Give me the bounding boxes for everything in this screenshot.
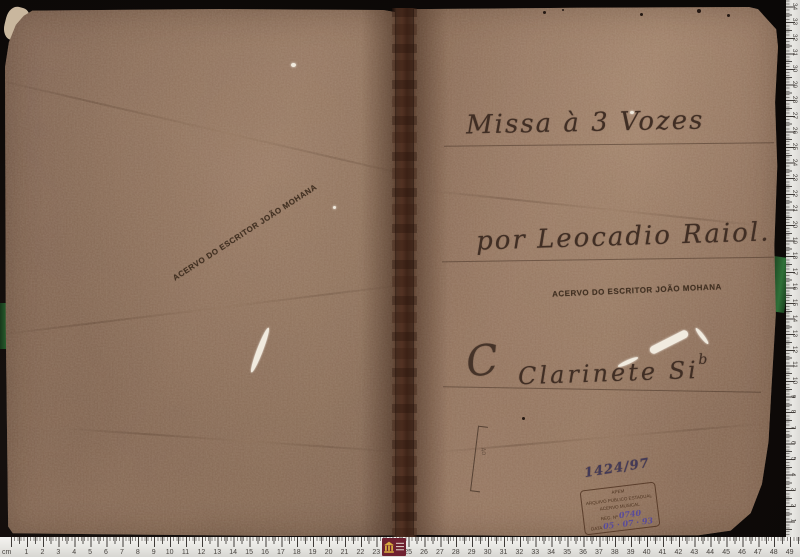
h-ruler-number: 17 <box>277 549 285 556</box>
vertical-scale-ruler: 1234567891011121314151617181920212223242… <box>786 0 800 537</box>
dark-speck <box>543 11 546 14</box>
h-ruler-number: 23 <box>372 549 380 556</box>
h-ruler-number: 19 <box>309 549 317 556</box>
h-ruler-number: 44 <box>706 549 714 556</box>
collection-stamp-left: ACERVO DO ESCRITOR JOÃO MOHANA <box>171 182 318 282</box>
v-ruler-number: 7 <box>789 425 796 429</box>
v-ruler-number: 5 <box>789 457 796 461</box>
v-ruler-number: 22 <box>791 190 798 197</box>
h-ruler-number: 41 <box>659 549 667 556</box>
ruler-unit-label: cm <box>2 549 11 556</box>
h-ruler-number: 3 <box>56 549 60 556</box>
h-ruler-number: 9 <box>152 549 156 556</box>
v-ruler-number: 3 <box>789 488 796 492</box>
v-ruler-number: 2 <box>789 503 796 507</box>
title-handwriting: Missa à 3 Vozes <box>466 106 705 141</box>
h-ruler-number: 21 <box>341 549 349 556</box>
h-ruler-number: 5 <box>88 549 92 556</box>
spine-shadow-left <box>361 9 395 537</box>
h-ruler-number: 43 <box>690 549 698 556</box>
h-ruler-number: 15 <box>245 549 253 556</box>
dark-speck <box>640 13 643 16</box>
v-ruler-number: 10 <box>791 377 798 384</box>
v-ruler-number: 29 <box>791 80 798 87</box>
h-ruler-number: 27 <box>436 549 444 556</box>
h-ruler-number: 8 <box>136 549 140 556</box>
v-ruler-number: 4 <box>789 472 796 476</box>
v-ruler-number: 27 <box>791 112 798 119</box>
h-ruler-number: 4 <box>72 549 76 556</box>
v-ruler-number: 32 <box>791 34 798 41</box>
v-ruler-number: 25 <box>791 143 798 150</box>
v-ruler-number: 16 <box>791 283 798 290</box>
v-ruler-number: 34 <box>791 2 798 9</box>
h-ruler-number: 46 <box>738 549 746 556</box>
v-ruler-number: 6 <box>789 441 796 445</box>
h-ruler-number: 31 <box>500 549 508 556</box>
cover-page-right <box>414 7 778 537</box>
instrument-handwriting: Clarinete Sib <box>517 352 708 391</box>
h-ruler-number: 16 <box>261 549 269 556</box>
h-ruler-number: 29 <box>468 549 476 556</box>
h-ruler-number: 47 <box>754 549 762 556</box>
v-ruler-number: 30 <box>791 65 798 72</box>
v-ruler-number: 28 <box>791 96 798 103</box>
h-ruler-number: 20 <box>325 549 333 556</box>
v-ruler-number: 8 <box>789 410 796 414</box>
v-ruler-number: 31 <box>791 49 798 56</box>
flourish-letter: C <box>464 334 501 386</box>
h-ruler-number: 36 <box>579 549 587 556</box>
registration-stamp: APEM ARQUIVO PÚBLICO ESTADUAL ACERVO MUS… <box>580 482 661 536</box>
h-ruler-number: 13 <box>213 549 221 556</box>
collection-stamp-left-wrap: ACERVO DO ESCRITOR JOÃO MOHANA <box>160 192 330 272</box>
v-ruler-number: 26 <box>791 127 798 134</box>
scanned-document-photo: Missa à 3 Vozes por Leocadio Raiol. C Cl… <box>0 0 800 557</box>
v-ruler-number: 23 <box>791 174 798 181</box>
h-ruler-number: 38 <box>611 549 619 556</box>
reg-label: REG. Nº <box>600 514 618 521</box>
h-ruler-number: 2 <box>40 549 44 556</box>
h-ruler-number: 45 <box>722 549 730 556</box>
white-speck <box>333 206 336 209</box>
h-ruler-number: 22 <box>356 549 364 556</box>
v-ruler-number: 11 <box>791 362 798 369</box>
paper-texture <box>5 9 395 537</box>
h-ruler-number: 49 <box>786 549 794 556</box>
dark-speck <box>562 9 564 11</box>
dark-speck <box>522 417 525 420</box>
v-ruler-number: 20 <box>791 221 798 228</box>
h-ruler-number: 48 <box>770 549 778 556</box>
paper-crease <box>65 427 394 452</box>
v-ruler-number: 15 <box>791 299 798 306</box>
h-ruler-number: 37 <box>595 549 603 556</box>
h-ruler-number: 11 <box>182 549 189 556</box>
v-ruler-number: 14 <box>791 314 798 321</box>
h-ruler-number: 1 <box>25 549 29 556</box>
h-ruler-number: 39 <box>627 549 635 556</box>
h-ruler-number: 18 <box>293 549 301 556</box>
h-ruler-number: 33 <box>531 549 539 556</box>
v-ruler-number: 9 <box>789 394 796 398</box>
paper-crease <box>0 283 414 337</box>
cover-page-left <box>5 9 395 537</box>
v-ruler-number: 13 <box>791 330 798 337</box>
h-ruler-number: 10 <box>166 549 174 556</box>
h-ruler-number: 6 <box>104 549 108 556</box>
h-ruler-number: 34 <box>547 549 555 556</box>
white-speck <box>630 111 634 114</box>
v-ruler-number: 1 <box>789 519 796 523</box>
dark-speck <box>697 9 701 13</box>
spine-tape <box>392 8 417 537</box>
h-ruler-number: 12 <box>197 549 205 556</box>
date-label: DATA <box>591 525 603 531</box>
white-speck <box>291 63 296 67</box>
v-ruler-number: 33 <box>791 18 798 25</box>
h-ruler-number: 26 <box>420 549 428 556</box>
v-ruler-number: 17 <box>791 268 798 275</box>
h-ruler-number: 28 <box>452 549 460 556</box>
v-ruler-number: 24 <box>791 158 798 165</box>
paper-texture <box>414 7 778 537</box>
v-ruler-number: 19 <box>791 236 798 243</box>
h-ruler-number: 35 <box>563 549 571 556</box>
flat-superscript: b <box>698 352 708 368</box>
institution-logo <box>382 538 406 556</box>
dark-speck <box>727 14 730 17</box>
h-ruler-number: 7 <box>120 549 124 556</box>
h-ruler-number: 42 <box>674 549 682 556</box>
v-ruler-number: 21 <box>791 205 798 212</box>
h-ruler-number: 30 <box>484 549 492 556</box>
v-ruler-number: 18 <box>791 252 798 259</box>
h-ruler-number: 32 <box>515 549 523 556</box>
v-ruler-number: 12 <box>791 346 798 353</box>
paper-crease <box>0 75 429 180</box>
spine-shadow-right <box>414 7 448 537</box>
h-ruler-number: 14 <box>229 549 237 556</box>
h-ruler-number: 40 <box>643 549 651 556</box>
